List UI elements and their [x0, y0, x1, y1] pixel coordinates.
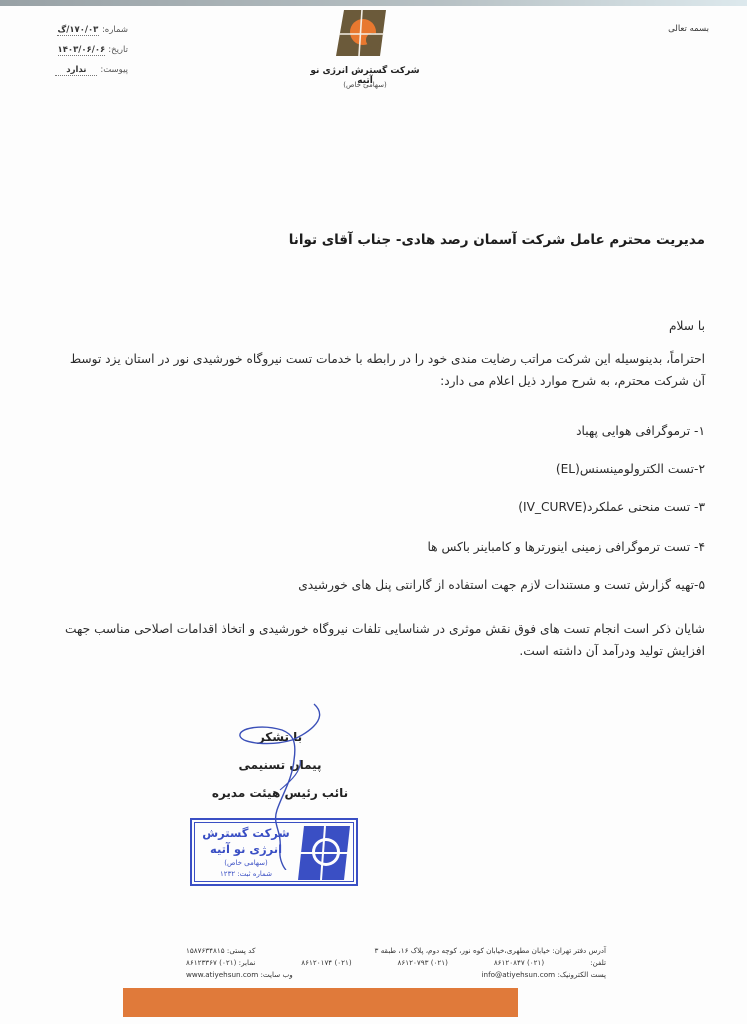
stamp-line-1: شرکت گسترش — [198, 826, 294, 840]
meta-number-label: شماره: — [102, 25, 128, 35]
footer-phone: (۰۲۱) ۸۶۱۲۰۸۴۷ — [494, 958, 544, 967]
meta-attachment-value: ندارد — [55, 65, 97, 76]
footer-email-label: پست الکترونیک: — [557, 970, 606, 979]
company-type: (سهامی خاص) — [310, 81, 420, 89]
scan-top-edge — [0, 0, 747, 6]
stamp-line-4: شماره ثبت: ۱۲۳۲ — [198, 870, 294, 878]
stamp-line-3: (سهامی خاص) — [198, 859, 294, 867]
meta-date: تاریخ: ۱۴۰۳/۰۶/۰۶ — [38, 40, 128, 60]
closing-paragraph: شایان ذکر است انجام تست های فوق نقش موثر… — [65, 618, 705, 662]
company-logo-icon — [336, 10, 386, 56]
list-item: ۱- ترموگرافی هوایی پهباد — [145, 424, 705, 438]
footer-phone-line: تلفن: (۰۲۱) ۸۶۱۲۰۸۴۷ (۰۲۱) ۸۶۱۲۰۷۹۳ (۰۲۱… — [186, 956, 606, 968]
meta-attachment-label: پیوست: — [100, 65, 128, 75]
list-item: ۴- تست ترموگرافی زمینی اینورترها و کامبا… — [145, 540, 705, 554]
letter-meta: شماره: ۱۷۰/۰۳/گ تاریخ: ۱۴۰۳/۰۶/۰۶ پیوست:… — [38, 20, 128, 80]
list-item: ۵-تهیه گزارش تست و مستندات لازم جهت استف… — [145, 578, 705, 592]
meta-attachment: پیوست: ندارد — [38, 60, 128, 80]
footer-contact: آدرس دفتر تهران: خیابان مطهری،خیابان کوه… — [186, 944, 606, 980]
bismillah: بسمه تعالی — [668, 24, 709, 34]
meta-number: شماره: ۱۷۰/۰۳/گ — [38, 20, 128, 40]
stamp-line-2: انرژی نو آتیه — [198, 842, 294, 856]
meta-number-value: ۱۷۰/۰۳/گ — [57, 25, 99, 36]
footer-website-link[interactable]: www.atiyehsun.com — [186, 970, 258, 979]
company-stamp: شرکت گسترش انرژی نو آتیه (سهامی خاص) شما… — [190, 818, 358, 886]
footer-phone: (۰۲۱) ۸۶۱۲۰۱۷۴ — [301, 958, 351, 967]
list-item: ۲-تست الکترولومینسنس(EL) — [145, 462, 705, 476]
footer-orange-bar — [123, 988, 518, 1017]
footer-email-link[interactable]: info@atiyehsun.com — [482, 970, 556, 979]
footer-website-label: وب سایت: — [261, 970, 293, 979]
intro-paragraph: احتراماً، بدینوسیله این شرکت مراتب رضایت… — [65, 348, 705, 392]
footer-web-line: پست الکترونیک: info@atiyehsun.com وب سای… — [186, 968, 606, 980]
recipient-heading: مدیریت محترم عامل شرکت آسمان رصد هادی- ج… — [205, 232, 705, 248]
salutation: با سلام — [65, 315, 705, 337]
footer-phone: (۰۲۱) ۸۶۱۲۰۷۹۳ — [398, 958, 448, 967]
footer-address-line: آدرس دفتر تهران: خیابان مطهری،خیابان کوه… — [186, 944, 606, 956]
meta-date-value: ۱۴۰۳/۰۶/۰۶ — [58, 45, 106, 56]
list-item: ۳- تست منحنی عملکرد(IV_CURVE) — [145, 500, 705, 514]
meta-date-label: تاریخ: — [108, 45, 128, 55]
footer-address: آدرس دفتر تهران: خیابان مطهری،خیابان کوه… — [375, 946, 606, 955]
footer-phone-label: تلفن: — [590, 958, 606, 967]
footer-fax: نمابر: (۰۲۱) ۸۶۱۲۳۳۶۷ — [186, 958, 255, 967]
stamp-logo-icon — [296, 824, 352, 882]
footer-postal-code: کد پستی: ۱۵۸۷۶۳۴۸۱۵ — [186, 946, 255, 955]
